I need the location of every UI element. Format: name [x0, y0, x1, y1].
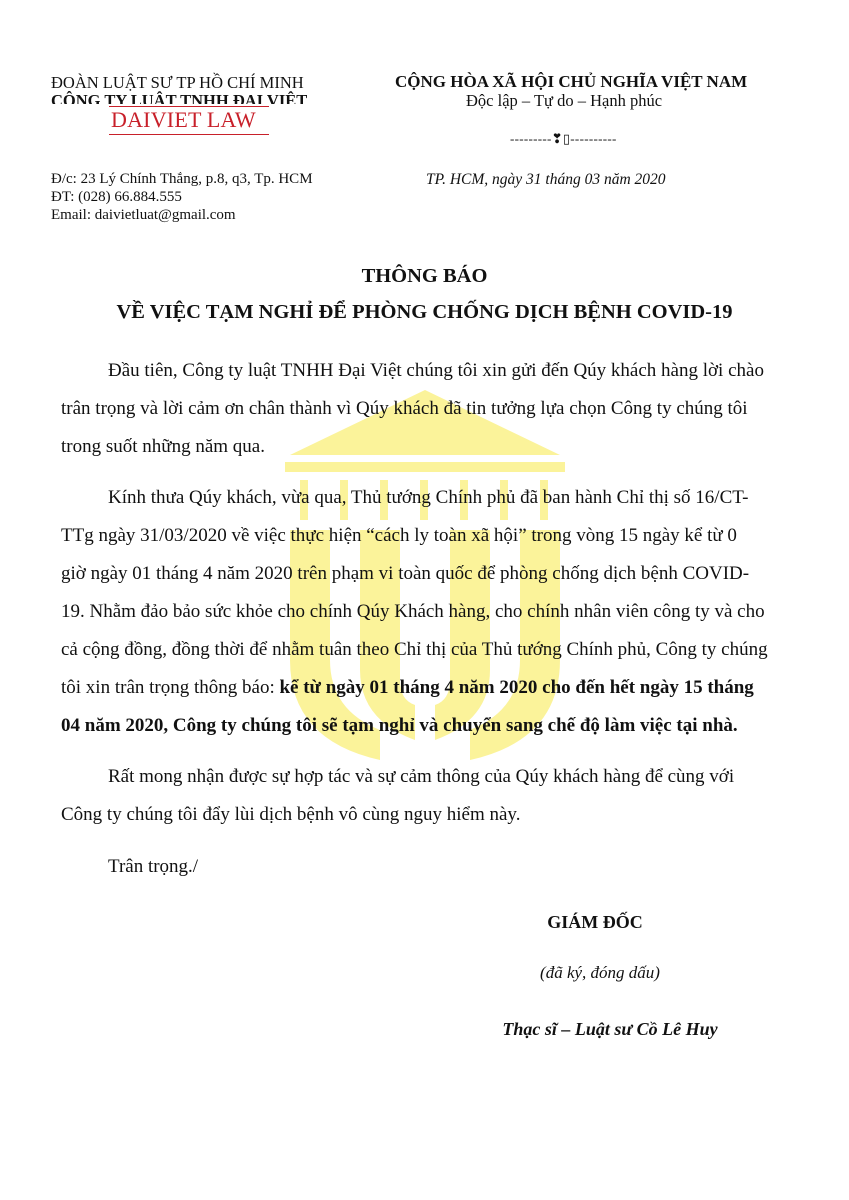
paragraph-2-line: giờ ngày 01 tháng 4 năm 2020 trên phạm v…	[61, 563, 749, 585]
document-subtitle: VỀ VIỆC TẠM NGHỈ ĐỂ PHÒNG CHỐNG DỊCH BỆN…	[0, 301, 849, 324]
brand-bottom-rule	[109, 134, 269, 135]
paragraph-1-line: trong suốt những năm qua.	[61, 436, 265, 458]
paragraph-2-line: 19. Nhằm đảo bảo sức khỏe cho chính Qúy …	[61, 601, 765, 623]
paragraph-3-line: Rất mong nhận được sự hợp tác và sự cảm …	[108, 766, 734, 788]
company-phone: ĐT: (028) 66.884.555	[51, 189, 182, 206]
document-title: THÔNG BÁO	[0, 265, 849, 288]
paragraph-2-line: cả cộng đồng, đồng thời để nhằm tuân the…	[61, 639, 768, 661]
signatory-title: GIÁM ĐỐC	[0, 912, 849, 933]
document-date: TP. HCM, ngày 31 tháng 03 năm 2020	[426, 171, 666, 189]
paragraph-2-text: tôi xin trân trọng thông báo:	[61, 677, 279, 698]
signatory-name: Thạc sĩ – Luật sư Cồ Lê Huy	[0, 1019, 849, 1040]
bar-association-name: ĐOÀN LUẬT SƯ TP HỒ CHÍ MINH	[51, 73, 304, 93]
paragraph-1-line: trân trọng và lời cảm ơn chân thành vì Q…	[61, 398, 748, 420]
closure-period-highlight: 04 năm 2020, Công ty chúng tôi sẽ tạm ng…	[61, 715, 738, 737]
company-email: Email: daivietluat@gmail.com	[51, 207, 236, 224]
brand-logo: DAIVIET LAW	[111, 107, 256, 133]
company-name: CÔNG TY LUẬT TNHH ĐẠI VIỆT	[51, 91, 307, 104]
company-address: Đ/c: 23 Lý Chính Thắng, p.8, q3, Tp. HCM	[51, 171, 313, 188]
nation-motto: Độc lập – Tự do – Hạnh phúc	[466, 91, 662, 111]
closure-period-highlight: kể từ ngày 01 tháng 4 năm 2020 cho đến h…	[279, 677, 753, 698]
nation-heading: CỘNG HÒA XÃ HỘI CHỦ NGHĨA VIỆT NAM	[395, 72, 747, 92]
closing-salutation: Trân trọng./	[108, 856, 198, 878]
paragraph-2-line: tôi xin trân trọng thông báo: kể từ ngày…	[61, 677, 754, 699]
paragraph-2-line: Kính thưa Qúy khách, vừa qua, Thủ tướng …	[108, 487, 748, 509]
paragraph-3-line: Công ty chúng tôi đẩy lùi dịch bệnh vô c…	[61, 804, 520, 826]
paragraph-2-line: TTg ngày 31/03/2020 về việc thực hiện “c…	[61, 525, 737, 547]
paragraph-1-line: Đầu tiên, Công ty luật TNHH Đại Việt chú…	[108, 360, 764, 382]
ornament-divider: ---------❣▯----------	[510, 131, 617, 147]
signature-note: (đã ký, đóng dấu)	[0, 963, 849, 983]
